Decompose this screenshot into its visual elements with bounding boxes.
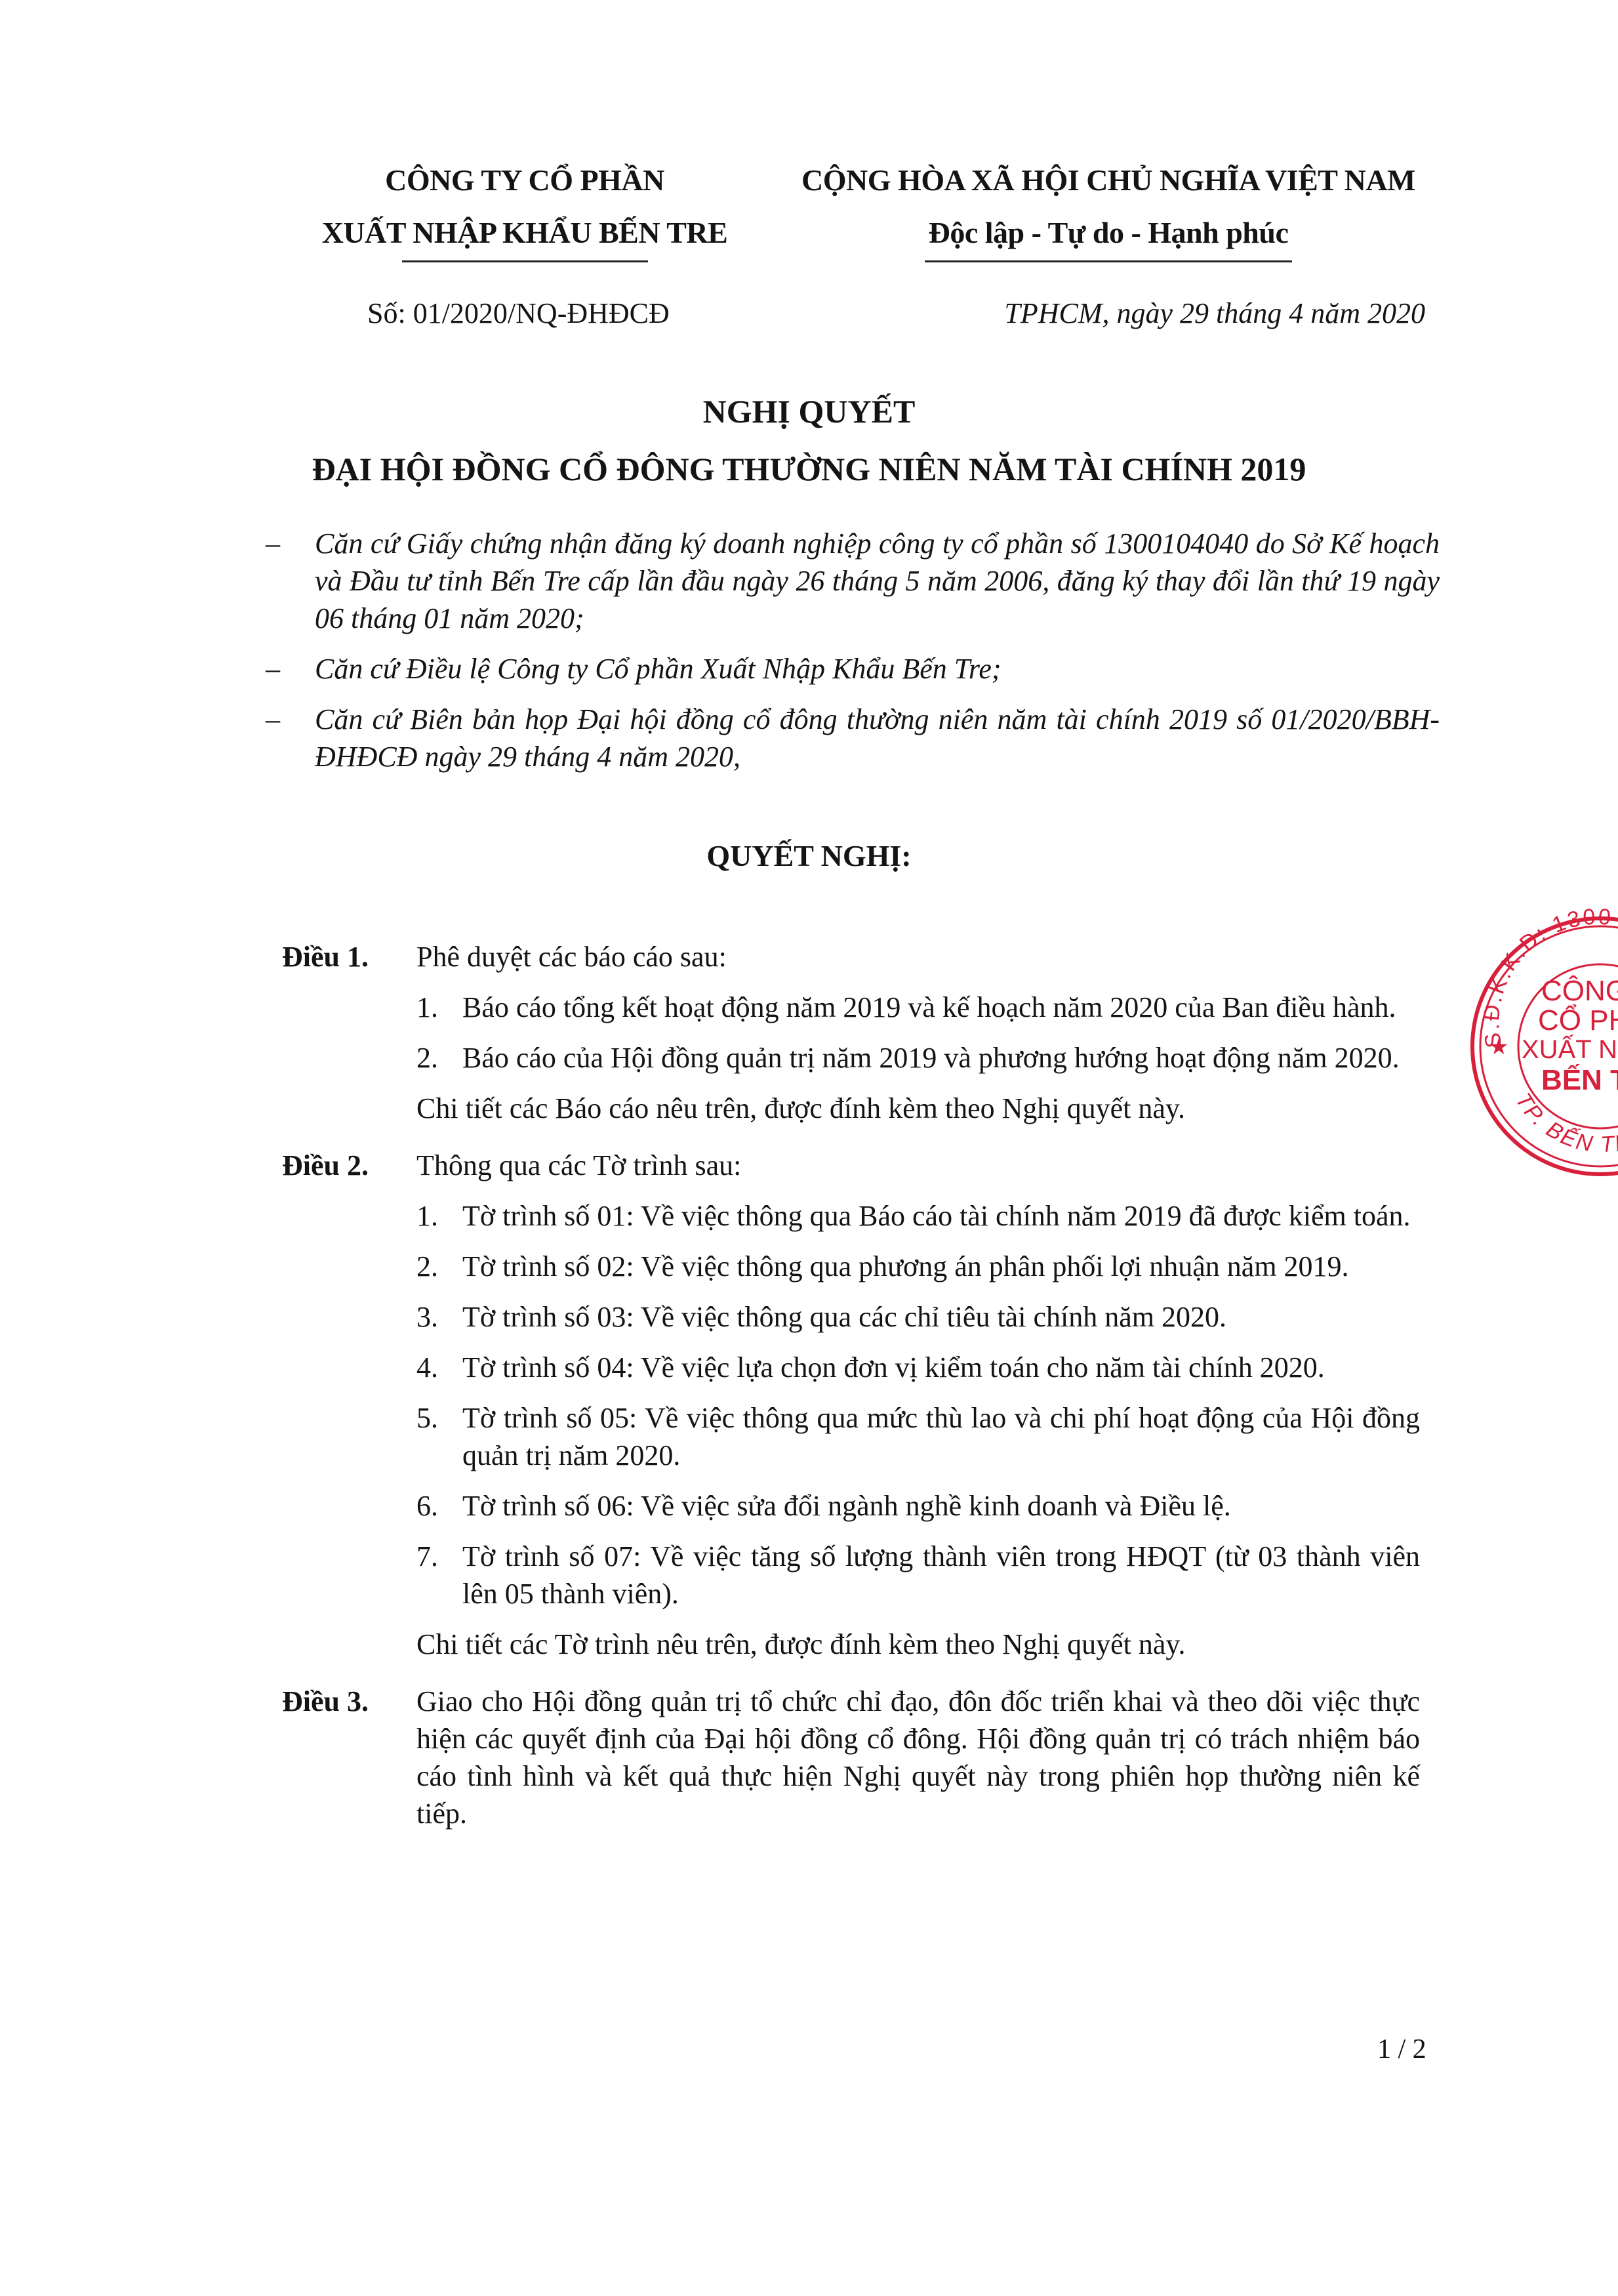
- legal-basis-text: Căn cứ Giấy chứng nhận đăng ký doanh ngh…: [315, 527, 1440, 634]
- item-number: 4.: [416, 1349, 438, 1386]
- legal-basis-list: – Căn cứ Giấy chứng nhận đăng ký doanh n…: [266, 525, 1440, 789]
- item-number: 5.: [416, 1399, 438, 1437]
- list-item: 7.Tờ trình số 07: Về việc tăng số lượng …: [416, 1538, 1420, 1612]
- list-item: 5.Tờ trình số 05: Về việc thông qua mức …: [416, 1399, 1420, 1474]
- item-number: 1.: [416, 989, 438, 1026]
- item-number: 3.: [416, 1298, 438, 1336]
- svg-text:CÔNG: CÔNG: [1541, 974, 1618, 1007]
- item-text: Tờ trình số 07: Về việc tăng số lượng th…: [462, 1540, 1420, 1610]
- legal-basis-item: – Căn cứ Biên bản họp Đại hội đồng cổ đô…: [266, 701, 1440, 775]
- item-text: Tờ trình số 05: Về việc thông qua mức th…: [462, 1402, 1420, 1471]
- svg-text:XUẤT NHẬ: XUẤT NHẬ: [1522, 1034, 1618, 1064]
- motto-underline: [925, 260, 1292, 262]
- item-number: 1.: [416, 1197, 438, 1235]
- company-name-line1: CÔNG TY CỔ PHẦN: [282, 154, 767, 207]
- national-header: CỘNG HÒA XÃ HỘI CHỦ NGHĨA VIỆT NAM Độc l…: [780, 154, 1436, 262]
- seal-star-icon: ★: [1489, 1035, 1508, 1059]
- item-number: 2.: [416, 1039, 438, 1076]
- list-item: 4.Tờ trình số 04: Về việc lựa chọn đơn v…: [416, 1349, 1420, 1386]
- item-text: Tờ trình số 04: Về việc lựa chọn đơn vị …: [462, 1351, 1325, 1384]
- dash-bullet: –: [266, 650, 280, 687]
- article-label: Điều 3.: [282, 1683, 369, 1720]
- articles: Điều 1. Phê duyệt các báo cáo sau: 1.Báo…: [282, 938, 1420, 1852]
- national-title: CỘNG HÒA XÃ HỘI CHỦ NGHĨA VIỆT NAM: [780, 154, 1436, 207]
- article-intro: Phê duyệt các báo cáo sau:: [416, 938, 1420, 975]
- item-text: Tờ trình số 02: Về việc thông qua phương…: [462, 1250, 1349, 1282]
- article-label: Điều 2.: [282, 1147, 369, 1184]
- list-item: 3.Tờ trình số 03: Về việc thông qua các …: [416, 1298, 1420, 1336]
- article-note: Chi tiết các Tờ trình nêu trên, được đín…: [416, 1626, 1420, 1663]
- svg-text:BẾN T: BẾN T: [1541, 1063, 1618, 1096]
- item-text: Tờ trình số 03: Về việc thông qua các ch…: [462, 1301, 1226, 1333]
- article-3: Điều 3. Giao cho Hội đồng quản trị tổ ch…: [282, 1683, 1420, 1832]
- decision-heading: QUYẾT NGHỊ:: [0, 838, 1618, 873]
- legal-basis-text: Căn cứ Biên bản họp Đại hội đồng cổ đông…: [315, 703, 1440, 773]
- legal-basis-item: – Căn cứ Điều lệ Công ty Cổ phần Xuất Nh…: [266, 650, 1440, 687]
- company-header: CÔNG TY CỔ PHẦN XUẤT NHẬP KHẨU BẾN TRE: [282, 154, 767, 262]
- article-label: Điều 1.: [282, 938, 369, 975]
- list-item: 6.Tờ trình số 06: Về việc sửa đổi ngành …: [416, 1487, 1420, 1525]
- dash-bullet: –: [266, 701, 280, 738]
- list-item: 2.Báo cáo của Hội đồng quản trị năm 2019…: [416, 1039, 1420, 1076]
- item-text: Tờ trình số 01: Về việc thông qua Báo cá…: [462, 1200, 1410, 1232]
- item-text: Tờ trình số 06: Về việc sửa đổi ngành ng…: [462, 1490, 1231, 1522]
- article-intro: Thông qua các Tờ trình sau:: [416, 1147, 1420, 1184]
- company-seal-stamp: S.Đ.K.K.D: 1300 TP. BẾN TRE - ★ CÔNG CỔ …: [1463, 909, 1618, 1184]
- document-place-date: TPHCM, ngày 29 tháng 4 năm 2020: [1004, 297, 1425, 330]
- list-item: 1.Báo cáo tổng kết hoạt động năm 2019 và…: [416, 989, 1420, 1026]
- article-items: 1.Tờ trình số 01: Về việc thông qua Báo …: [416, 1197, 1420, 1612]
- svg-text:CỔ PH: CỔ PH: [1538, 1003, 1618, 1036]
- legal-basis-item: – Căn cứ Giấy chứng nhận đăng ký doanh n…: [266, 525, 1440, 637]
- item-text: Báo cáo tổng kết hoạt động năm 2019 và k…: [462, 991, 1396, 1023]
- article-note: Chi tiết các Báo cáo nêu trên, được đính…: [416, 1090, 1420, 1127]
- legal-basis-text: Căn cứ Điều lệ Công ty Cổ phần Xuất Nhập…: [315, 653, 1001, 685]
- list-item: 2.Tờ trình số 02: Về việc thông qua phươ…: [416, 1248, 1420, 1285]
- document-page: CÔNG TY CỔ PHẦN XUẤT NHẬP KHẨU BẾN TRE C…: [0, 0, 1618, 2296]
- dash-bullet: –: [266, 525, 280, 562]
- article-2: Điều 2. Thông qua các Tờ trình sau: 1.Tờ…: [282, 1147, 1420, 1663]
- item-number: 2.: [416, 1248, 438, 1285]
- item-number: 7.: [416, 1538, 438, 1575]
- document-subtitle: ĐẠI HỘI ĐỒNG CỔ ĐÔNG THƯỜNG NIÊN NĂM TÀI…: [0, 450, 1618, 488]
- page-number: 1 / 2: [1377, 2034, 1426, 2065]
- national-motto: Độc lập - Tự do - Hạnh phúc: [780, 207, 1436, 259]
- document-number: Số: 01/2020/NQ-ĐHĐCĐ: [367, 297, 670, 330]
- company-name-line2: XUẤT NHẬP KHẨU BẾN TRE: [282, 207, 767, 259]
- article-items: 1.Báo cáo tổng kết hoạt động năm 2019 và…: [416, 989, 1420, 1076]
- company-underline: [402, 260, 648, 262]
- article-1: Điều 1. Phê duyệt các báo cáo sau: 1.Báo…: [282, 938, 1420, 1127]
- document-title: NGHỊ QUYẾT: [0, 392, 1618, 430]
- item-text: Báo cáo của Hội đồng quản trị năm 2019 v…: [462, 1042, 1400, 1074]
- article-body: Giao cho Hội đồng quản trị tổ chức chỉ đ…: [416, 1683, 1420, 1832]
- list-item: 1.Tờ trình số 01: Về việc thông qua Báo …: [416, 1197, 1420, 1235]
- item-number: 6.: [416, 1487, 438, 1525]
